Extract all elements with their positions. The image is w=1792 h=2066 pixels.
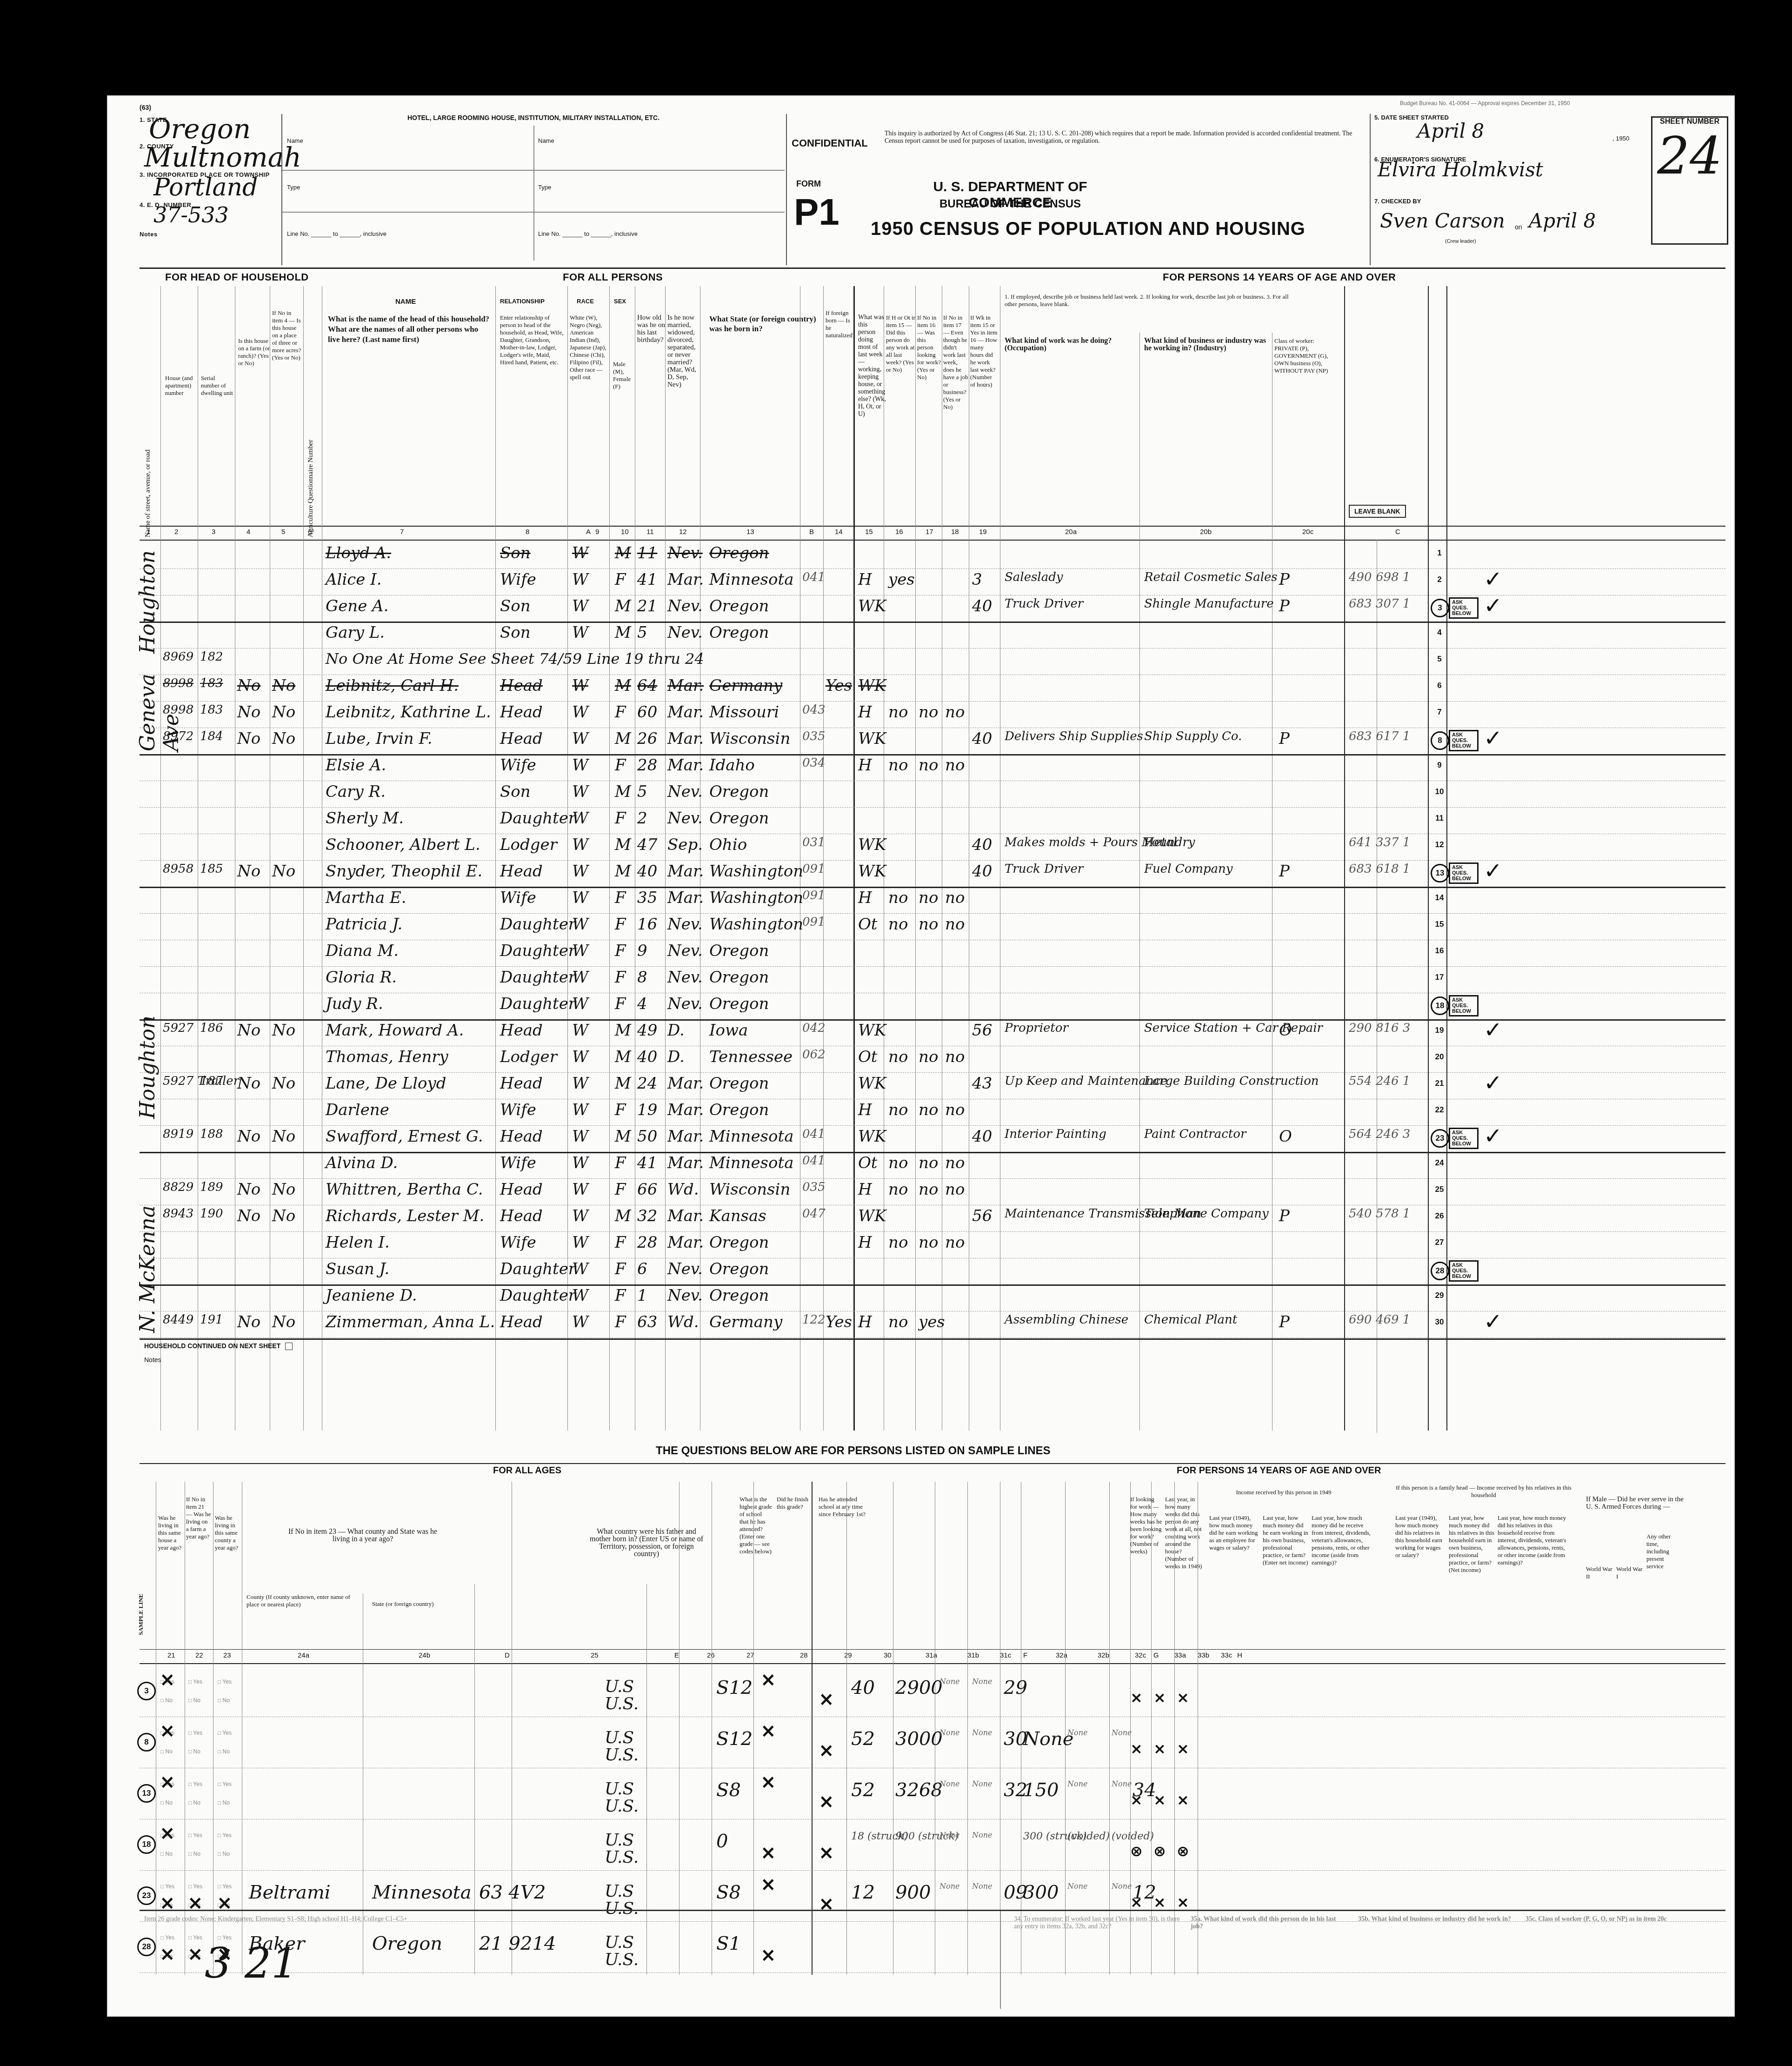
footer-q35b: 35b. What kind of business or industry d… xyxy=(1358,1916,1516,1923)
sample-cell-mother: U.S. xyxy=(605,1745,639,1765)
table-row: 5927186NoNoMark, Howard A.HeadWM49D.Iowa… xyxy=(140,1019,1725,1046)
cell-rel: Daughter xyxy=(500,1286,576,1305)
footer-q35c: 35c. Class of worker (P, G, O, or NP) as… xyxy=(1526,1916,1684,1923)
cell-q16: no xyxy=(888,1313,908,1331)
cell-occ: Saleslady xyxy=(1005,570,1063,584)
cell-q17: no xyxy=(919,1101,938,1119)
sample-column-number: 25 xyxy=(591,1651,599,1659)
table-row: Patricia J.DaughterWF16Nev.Washington091… xyxy=(140,913,1725,940)
sheet-number-box: SHEET NUMBER 24 xyxy=(1651,116,1728,245)
column-number: 1 xyxy=(147,528,150,536)
cell-age: 11 xyxy=(637,544,657,562)
cell-marital: Mar. xyxy=(667,1127,704,1146)
cell-code_b: 122 xyxy=(802,1313,826,1327)
cell-name: Patricia J. xyxy=(326,915,402,934)
x-mark-icon: × xyxy=(760,1842,776,1864)
cell-rel: Head xyxy=(500,1207,543,1225)
line-number: 2 xyxy=(1430,575,1449,584)
x-mark-icon: × xyxy=(1177,1740,1189,1758)
x-mark-icon: × xyxy=(1177,1893,1189,1911)
line-number: 12 xyxy=(1430,840,1449,849)
cell-sex: F xyxy=(615,1180,626,1199)
cell-name: Susan J. xyxy=(326,1260,389,1278)
cell-occ: Interior Painting xyxy=(1005,1127,1106,1141)
cell-serial: 186 xyxy=(200,1021,223,1035)
cell-name: Cary R. xyxy=(326,782,386,801)
cell-age: 9 xyxy=(637,942,647,960)
check-mark-icon: ✓ xyxy=(1484,725,1502,751)
yes-no-checkbox-q23[interactable]: □ Yes□ No xyxy=(218,1724,232,1761)
sample-column-number: 33c xyxy=(1221,1651,1232,1659)
q20-note: 1. If employed, describe job or business… xyxy=(1005,293,1293,308)
column-number: C xyxy=(1395,528,1400,536)
line-number: 22 xyxy=(1430,1105,1449,1115)
cell-q15: WK xyxy=(858,1207,886,1225)
table-row: Lloyd A.SonWM11Nev.Oregon1 xyxy=(140,542,1725,569)
table-row: 8829189NoNoWhittren, Bertha C.HeadWF66Wd… xyxy=(140,1178,1725,1205)
column-number: 6 xyxy=(308,528,312,536)
cell-birthplace: Tennessee xyxy=(709,1048,793,1066)
section-all-persons: FOR ALL PERSONS xyxy=(563,271,663,283)
cell-q15: WK xyxy=(858,1021,886,1040)
x-mark-icon: × xyxy=(160,1669,175,1691)
cell-q17: no xyxy=(919,756,938,775)
cell-birthplace: Minnesota xyxy=(709,1127,793,1146)
cell-marital: Wd. xyxy=(667,1180,699,1199)
cell-rel: Daughter xyxy=(500,942,576,960)
cell-birthplace: Oregon xyxy=(709,809,769,828)
q18: If No in item 17 — Even though he didn't… xyxy=(943,314,969,411)
yes-no-checkbox-q22[interactable]: □ Yes□ No xyxy=(188,1775,202,1812)
cell-q15: Ot xyxy=(858,1154,878,1172)
sample-cell-grade: S12 xyxy=(716,1728,753,1750)
ask-questions-box: ASK QUES. BELOW xyxy=(1449,995,1479,1016)
income-person: Income received by this person in 1949 xyxy=(1209,1489,1358,1496)
cell-marital: Nev. xyxy=(667,1260,703,1278)
cell-name: Lloyd A. xyxy=(326,544,391,562)
column-number: 9 xyxy=(595,528,599,536)
cell-birthplace: Germany xyxy=(709,1313,782,1331)
column-number: 12 xyxy=(679,528,687,536)
sample-line-number: 3 xyxy=(137,1682,156,1700)
q31c: Last year, how much money did he receive… xyxy=(1312,1514,1377,1566)
cell-farm: No xyxy=(237,1021,260,1040)
yes-no-checkbox-q22[interactable]: □ Yes□ No xyxy=(188,1826,202,1863)
cell-sex: F xyxy=(615,942,626,960)
sample-cell-mother: U.S. xyxy=(605,1694,639,1713)
cell-race: W xyxy=(572,782,588,801)
ask-questions-box: ASK QUES. BELOW xyxy=(1449,1260,1479,1282)
enumerator-signature: Elvira Holmkvist xyxy=(1378,158,1543,181)
cell-cls: O xyxy=(1279,1127,1292,1146)
cell-birthplace: Idaho xyxy=(709,756,755,775)
sample-cell-rel_other: None xyxy=(1112,1882,1132,1891)
cell-name: Thomas, Henry xyxy=(326,1048,448,1066)
column-number: A xyxy=(586,528,591,536)
cell-race: W xyxy=(572,1154,588,1172)
census-sheet: (63) Budget Bureau No. 41-0064 — Approva… xyxy=(107,95,1735,2017)
sample-column-number: 22 xyxy=(195,1651,203,1659)
checked-label: 7. CHECKED BY xyxy=(1374,198,1421,205)
form-title-block: CONFIDENTIAL This inquiry is authorized … xyxy=(786,114,1368,265)
cell-q15: H xyxy=(858,1180,872,1199)
cell-nat: Yes xyxy=(826,676,852,695)
x-mark-icon: × xyxy=(160,1823,175,1844)
street-question: Name of street, avenue, or road xyxy=(144,384,158,537)
cell-code_c: 540 578 1 xyxy=(1349,1207,1410,1221)
cell-q16: no xyxy=(888,889,908,907)
cell-age: 8 xyxy=(637,968,647,987)
cell-house: 8958 xyxy=(163,862,193,876)
table-row: DarleneWifeWF19Mar.OregonHnonono22 xyxy=(140,1099,1725,1126)
x-mark-icon: × xyxy=(160,1772,175,1793)
cell-age: 63 xyxy=(637,1313,657,1331)
cell-marital: Mar. xyxy=(667,1101,704,1119)
sample-cell-grade: 0 xyxy=(716,1831,728,1852)
cell-nat: Yes xyxy=(826,1313,852,1331)
cell-name: Whittren, Bertha C. xyxy=(326,1180,483,1199)
sample-cell-other_income: None xyxy=(972,1882,992,1891)
cell-rel: Wife xyxy=(500,756,536,775)
cell-ind: Service Station + Car Repair xyxy=(1144,1021,1323,1035)
sample-column-number: 28 xyxy=(800,1651,808,1659)
cell-age: 40 xyxy=(637,1048,657,1066)
cell-farm: No xyxy=(237,1207,260,1225)
cell-rel: Head xyxy=(500,1127,543,1146)
q17: If No in item 16 — Was this person looki… xyxy=(917,314,943,381)
cell-name: Lane, De Lloyd xyxy=(326,1074,446,1093)
cell-race: W xyxy=(572,915,588,934)
cell-name: Martha E. xyxy=(326,889,406,907)
cell-birthplace: Kansas xyxy=(709,1207,766,1225)
yes-no-checkbox-q22[interactable]: □ Yes□ No xyxy=(188,1672,202,1710)
cell-birthplace: Missouri xyxy=(709,703,779,722)
cell-age: 49 xyxy=(637,1021,657,1040)
cell-acres: No xyxy=(272,1074,295,1093)
cell-sex: F xyxy=(615,570,626,589)
cell-code_b: 062 xyxy=(802,1048,826,1062)
q19: If Wk in item 15 or Yes in item 16 — How… xyxy=(970,314,998,388)
cell-q15: Ot xyxy=(858,1048,878,1066)
cell-house: 8919 xyxy=(163,1127,193,1141)
ask-questions-box: ASK QUES. BELOW xyxy=(1449,730,1479,751)
cell-age: 66 xyxy=(637,1180,657,1199)
cell-q17: no xyxy=(919,1048,938,1066)
cell-sex: M xyxy=(615,676,631,695)
cell-age: 64 xyxy=(637,676,657,695)
x-mark-icon: × xyxy=(1153,1791,1166,1809)
sample-cell-rel_business: None xyxy=(1067,1728,1087,1737)
line-number: 15 xyxy=(1430,920,1449,929)
table-row: Gene A.SonWM21Nev.OregonWK40Truck Driver… xyxy=(140,595,1725,623)
x-mark-icon: × xyxy=(760,1720,776,1742)
x-mark-icon: × xyxy=(1153,1893,1166,1911)
q27: Did he finish this grade? xyxy=(777,1496,814,1511)
cell-sex: F xyxy=(615,1286,626,1305)
sample-cell-mother: U.S. xyxy=(605,1797,639,1816)
date-started-label: 5. DATE SHEET STARTED xyxy=(1374,114,1650,121)
column-number: 13 xyxy=(746,528,754,536)
sample-cell-wages: 3268 xyxy=(895,1779,943,1801)
column-number: 7 xyxy=(400,528,404,536)
x-mark-icon: × xyxy=(1153,1689,1166,1706)
sample-cell-rel_wages: 300 xyxy=(1023,1882,1059,1903)
cell-occ: Assembling Chinese xyxy=(1005,1313,1128,1327)
cell-q18: no xyxy=(945,915,965,934)
cell-q19: 40 xyxy=(972,597,992,615)
cell-birthplace: Washington xyxy=(709,915,803,934)
cell-occ: Delivers Ship Supplies xyxy=(1005,729,1143,743)
cell-rel: Head xyxy=(500,1021,543,1040)
cell-ind: Large Building Construction xyxy=(1144,1074,1319,1088)
cell-ind: Shingle Manufacture xyxy=(1144,597,1274,611)
cell-birthplace: Wisconsin xyxy=(709,1180,790,1199)
x-mark-icon: × xyxy=(1130,1689,1143,1706)
cell-q15: H xyxy=(858,756,872,775)
q15: What was this person doing most of last … xyxy=(858,314,886,418)
x-mark-icon: × xyxy=(1130,1740,1143,1758)
sample-row: 3□ Yes□ No×□ Yes□ No□ Yes□ NoU.SS1240290… xyxy=(140,1665,1725,1717)
cell-race: W xyxy=(572,1180,588,1199)
cell-name: Schooner, Albert L. xyxy=(326,836,480,854)
relationship-question: Enter relationship of person to head of … xyxy=(500,314,565,366)
table-row: Cary R.SonWM5Nev.Oregon10 xyxy=(140,781,1725,808)
column-number: 20c xyxy=(1302,528,1313,536)
checked-by: Sven Carson xyxy=(1380,209,1505,232)
cell-sex: F xyxy=(615,915,626,934)
sample-line-number: 13 xyxy=(137,1784,156,1803)
sample-cell-rel_wages: 150 xyxy=(1023,1779,1059,1801)
household-continued-checkbox[interactable] xyxy=(285,1343,293,1350)
cell-code_b: 041 xyxy=(802,1154,826,1168)
cell-age: 16 xyxy=(637,915,657,934)
cell-serial: 185 xyxy=(200,862,223,876)
sample-cell-mother: U.S. xyxy=(605,1848,639,1867)
cell-name: Richards, Lester M. xyxy=(326,1207,484,1225)
cell-serial: 182 xyxy=(200,650,223,664)
line-number: 13 xyxy=(1431,864,1449,883)
sample-column-number: 26 xyxy=(707,1651,715,1659)
sample-cell-state: Minnesota xyxy=(372,1882,471,1903)
yes-no-checkbox-q23[interactable]: □ Yes□ No xyxy=(218,1775,232,1812)
sample-column-number: 32c xyxy=(1135,1651,1146,1659)
cell-marital: Nev. xyxy=(667,1286,703,1305)
cell-sex: F xyxy=(615,1101,626,1119)
cell-birthplace: Oregon xyxy=(709,623,769,642)
q32a: Last year (1949), how much money did his… xyxy=(1395,1514,1446,1559)
cell-race: W xyxy=(572,597,588,615)
cell-q17: no xyxy=(919,1180,938,1199)
cell-age: 5 xyxy=(637,623,647,642)
line-number: 5 xyxy=(1430,655,1449,664)
cell-race: W xyxy=(572,995,588,1013)
table-row: Thomas, HenryLodgerWM40D.Tennessee062Otn… xyxy=(140,1046,1725,1073)
sample-column-number: 32b xyxy=(1098,1651,1109,1659)
cell-q16: no xyxy=(888,1154,908,1172)
line-number: 10 xyxy=(1430,787,1449,796)
name-header: NAME xyxy=(395,298,416,306)
sample-footnotes: Item 26 grade codes: None; Kindergarten;… xyxy=(140,1910,1725,2009)
cell-age: 21 xyxy=(637,597,657,615)
section-head-of-household: FOR HEAD OF HOUSEHOLD xyxy=(165,271,309,283)
sample-column-number: 31a xyxy=(926,1651,937,1659)
cell-q15: WK xyxy=(858,1127,886,1146)
budget-note: Budget Bureau No. 41-0064 — Approval exp… xyxy=(1400,100,1570,107)
cell-marital: Mar. xyxy=(667,1154,704,1172)
cell-house: 8943 xyxy=(163,1207,193,1221)
sample-column-numbers: 21222324a24bD25E262728293031a31b31cF32a3… xyxy=(158,1651,1725,1662)
yes-no-checkbox-q23[interactable]: □ Yes□ No xyxy=(218,1672,232,1710)
cell-birthplace: Washington xyxy=(709,889,803,907)
cell-age: 47 xyxy=(637,836,657,854)
cell-q15: H xyxy=(858,1233,872,1252)
cell-q18: no xyxy=(945,1154,965,1172)
cell-rel: Head xyxy=(500,862,543,881)
sample-cell-code_d: 63 4V2 xyxy=(479,1882,546,1903)
table-row: 8998183NoNoLeibnitz, Carl H.HeadWM64Mar.… xyxy=(140,675,1725,702)
cell-race: W xyxy=(572,942,588,960)
cell-q17: yes xyxy=(919,1313,945,1331)
cell-age: 32 xyxy=(637,1207,657,1225)
serial-question: Serial number of dwelling unit xyxy=(201,374,233,397)
q26: What is the highest grade of school that… xyxy=(739,1496,772,1555)
sample-column-number: 32a xyxy=(1056,1651,1067,1659)
q33: If Male — Did he ever serve in the U. S.… xyxy=(1586,1496,1684,1511)
column-number: 20a xyxy=(1065,528,1077,536)
cell-q15: H xyxy=(858,703,872,722)
form-label: FORM xyxy=(796,179,821,189)
cell-q18: no xyxy=(945,703,965,722)
table-row: Helen I.WifeWF28Mar.OregonHnonono27 xyxy=(140,1231,1725,1258)
q32b: Last year, how much money did his relati… xyxy=(1449,1514,1495,1574)
sample-cell-own_business: None xyxy=(939,1882,959,1891)
marital-question: Is he now married, widowed, divorced, se… xyxy=(667,314,698,388)
year-suffix: , 1950 xyxy=(1612,135,1629,142)
cell-race: W xyxy=(572,1233,588,1252)
line-number: 17 xyxy=(1430,973,1449,982)
cell-age: 28 xyxy=(637,1233,657,1252)
county-value: Multnomah xyxy=(144,143,279,171)
q33c: Any other time, including present servic… xyxy=(1646,1533,1674,1570)
cell-rel: Son xyxy=(500,597,531,615)
line-number: 21 xyxy=(1430,1079,1449,1088)
cell-serial: 191 xyxy=(200,1313,223,1327)
cell-house: 8829 xyxy=(163,1180,193,1194)
cell-occ: Proprietor xyxy=(1005,1021,1068,1035)
sample-column-number: 30 xyxy=(884,1651,892,1659)
q31b: Last year, how much money did he earn wo… xyxy=(1263,1514,1309,1566)
x-mark-icon: × xyxy=(819,1740,834,1761)
cell-sex: F xyxy=(615,995,626,1013)
check-mark-icon: ✓ xyxy=(1484,858,1502,884)
cell-age: 35 xyxy=(637,889,657,907)
cell-sex: M xyxy=(615,836,631,854)
cell-q18: no xyxy=(945,889,965,907)
race-header: RACE xyxy=(577,298,594,305)
cell-code_c: 490 698 1 xyxy=(1349,570,1410,584)
cell-race: W xyxy=(572,1048,588,1066)
cell-race: W xyxy=(572,570,588,589)
column-number: 11 xyxy=(646,528,654,536)
cell-acres: No xyxy=(272,862,295,881)
cell-name: Darlene xyxy=(326,1101,389,1119)
line-number: 24 xyxy=(1430,1158,1449,1168)
cell-q19: 40 xyxy=(972,862,992,881)
line-number: 4 xyxy=(1430,628,1449,637)
cell-rel: Lodger xyxy=(500,1048,557,1066)
cell-occ: Truck Driver xyxy=(1005,597,1083,611)
cell-q16: no xyxy=(888,703,908,722)
cell-acres: No xyxy=(272,703,295,722)
table-row: Martha E.WifeWF35Mar.Washington091Hnonon… xyxy=(140,887,1725,914)
cell-rel: Head xyxy=(500,1180,543,1199)
checked-on: April 8 xyxy=(1529,209,1596,232)
sample-line-label: SAMPLE LINE xyxy=(137,1561,151,1635)
sample-column-number: H xyxy=(1237,1651,1242,1659)
cell-race: W xyxy=(572,1101,588,1119)
sample-cell-other_income: None xyxy=(972,1677,992,1686)
cell-birthplace: Oregon xyxy=(709,968,769,987)
cell-marital: Nev. xyxy=(667,782,703,801)
cell-q16: no xyxy=(888,1233,908,1252)
institution-name-label: Name xyxy=(287,137,303,144)
yes-no-checkbox-q23[interactable]: □ Yes□ No xyxy=(218,1826,232,1863)
cell-rel: Wife xyxy=(500,1154,536,1172)
census-title: 1950 CENSUS OF POPULATION AND HOUSING xyxy=(871,219,1306,240)
sample-line-number: 23 xyxy=(137,1886,156,1905)
cell-sex: M xyxy=(615,623,631,642)
cell-farm: No xyxy=(237,676,260,695)
cell-cls: P xyxy=(1279,570,1290,589)
table-row: Alice I.WifeWF41Mar.Minnesota041Hyes3Sal… xyxy=(140,568,1725,595)
q25: What country were his father and mother … xyxy=(586,1528,707,1558)
cell-rel: Wife xyxy=(500,570,536,589)
table-row: Gloria R.DaughterWF8Nev.Oregon17 xyxy=(140,966,1725,993)
race-question: White (W), Negro (Neg), American Indian … xyxy=(570,314,609,381)
name-question: What is the name of the head of this hou… xyxy=(328,314,491,345)
cell-marital: Nev. xyxy=(667,809,703,828)
line-number: 25 xyxy=(1430,1185,1449,1194)
sample-column-number: 23 xyxy=(223,1651,231,1659)
sample-cell-rel_business: None xyxy=(1067,1882,1087,1891)
cell-marital: Mar. xyxy=(667,1233,704,1252)
cell-sex: M xyxy=(615,729,631,748)
cell-marital: Mar. xyxy=(667,703,704,722)
q20b: What kind of business or industry was he… xyxy=(1144,337,1270,352)
sample-cell-own_business: None xyxy=(939,1728,959,1737)
line-number: 3 xyxy=(1431,599,1449,617)
sample-column-number: 33a xyxy=(1174,1651,1186,1659)
cell-race: W xyxy=(572,1021,588,1040)
cell-age: 28 xyxy=(637,756,657,775)
check-mark-icon: ✓ xyxy=(1484,1123,1502,1149)
cell-marital: Mar. xyxy=(667,889,704,907)
voided-mark-icon: ⊗ xyxy=(1153,1842,1166,1860)
income-family: If this person is a family head — Income… xyxy=(1395,1484,1572,1499)
sample-cell-wages: 3000 xyxy=(895,1728,943,1750)
cell-code_b: 091 xyxy=(802,862,826,876)
ask-questions-box: ASK QUES. BELOW xyxy=(1449,597,1479,619)
sample-cell-grade: S8 xyxy=(716,1882,741,1903)
cell-serial: 190 xyxy=(200,1207,223,1221)
sample-cell-other_income: None xyxy=(972,1728,992,1737)
column-number: 16 xyxy=(895,528,903,536)
x-mark-icon: × xyxy=(160,1720,175,1742)
yes-no-checkbox-q22[interactable]: □ Yes□ No xyxy=(188,1724,202,1761)
sample-cell-father: U.S xyxy=(605,1728,634,1747)
x-mark-icon: × xyxy=(760,1772,776,1793)
cell-marital: Mar. xyxy=(667,729,704,748)
